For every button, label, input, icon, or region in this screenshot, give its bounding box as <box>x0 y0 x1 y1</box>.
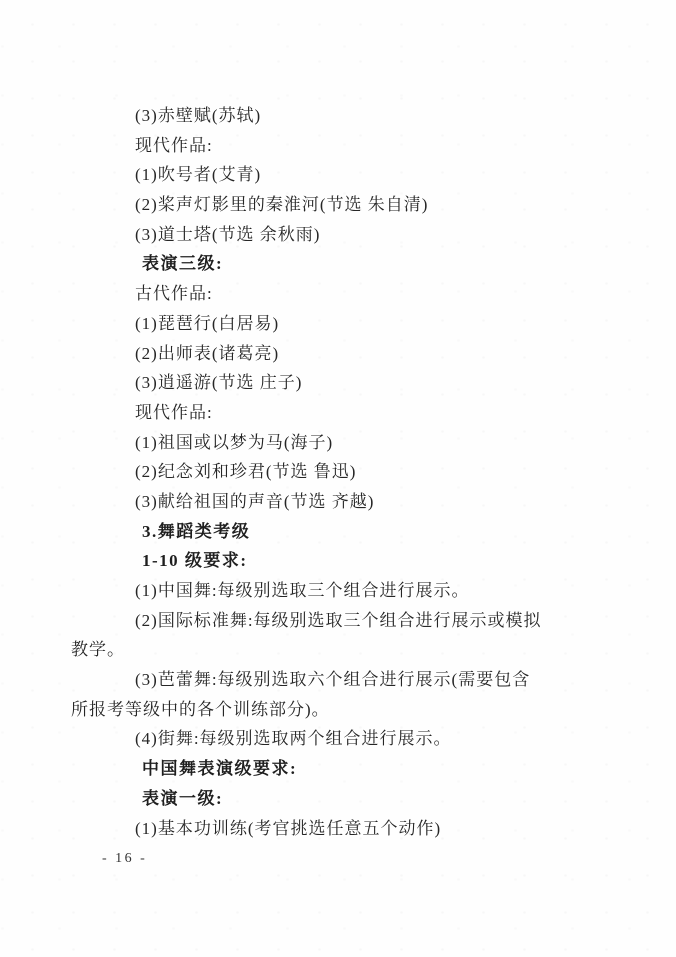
text-line: (1)吹号者(艾青) <box>71 160 621 190</box>
text-line: (1)祖国或以梦为马(海子) <box>71 428 621 458</box>
heading-line: 3.舞蹈类考级 <box>71 517 621 547</box>
text-line: 教学。 <box>71 635 621 665</box>
heading-line: 中国舞表演级要求: <box>71 754 621 784</box>
text-line: (3)赤壁赋(苏轼) <box>71 101 621 131</box>
document-page: (3)赤壁赋(苏轼)现代作品:(1)吹号者(艾青)(2)桨声灯影里的秦淮河(节选… <box>0 0 676 957</box>
text-line: (2)纪念刘和珍君(节选 鲁迅) <box>71 457 621 487</box>
text-line: 现代作品: <box>71 131 621 161</box>
heading-line: 表演一级: <box>71 784 621 814</box>
text-line: (3)芭蕾舞:每级别选取六个组合进行展示(需要包含 <box>71 665 621 695</box>
text-line: 古代作品: <box>71 279 621 309</box>
text-line: (1)琵琶行(白居易) <box>71 309 621 339</box>
text-line: 现代作品: <box>71 398 621 428</box>
text-line: (4)街舞:每级别选取两个组合进行展示。 <box>71 724 621 754</box>
text-line: (2)桨声灯影里的秦淮河(节选 朱自清) <box>71 190 621 220</box>
text-line: (3)道士塔(节选 余秋雨) <box>71 220 621 250</box>
heading-line: 表演三级: <box>71 249 621 279</box>
text-line: (2)国际标准舞:每级别选取三个组合进行展示或模拟 <box>71 606 621 636</box>
page-number: - 16 - <box>102 851 147 867</box>
heading-line: 1-10 级要求: <box>71 546 621 576</box>
text-line: (3)逍遥游(节选 庄子) <box>71 368 621 398</box>
text-line: (2)出师表(诸葛亮) <box>71 339 621 369</box>
text-line: (1)基本功训练(考官挑选任意五个动作) <box>71 814 621 844</box>
document-body: (3)赤壁赋(苏轼)现代作品:(1)吹号者(艾青)(2)桨声灯影里的秦淮河(节选… <box>71 101 621 843</box>
text-line: 所报考等级中的各个训练部分)。 <box>71 695 621 725</box>
text-line: (1)中国舞:每级别选取三个组合进行展示。 <box>71 576 621 606</box>
text-line: (3)献给祖国的声音(节选 齐越) <box>71 487 621 517</box>
